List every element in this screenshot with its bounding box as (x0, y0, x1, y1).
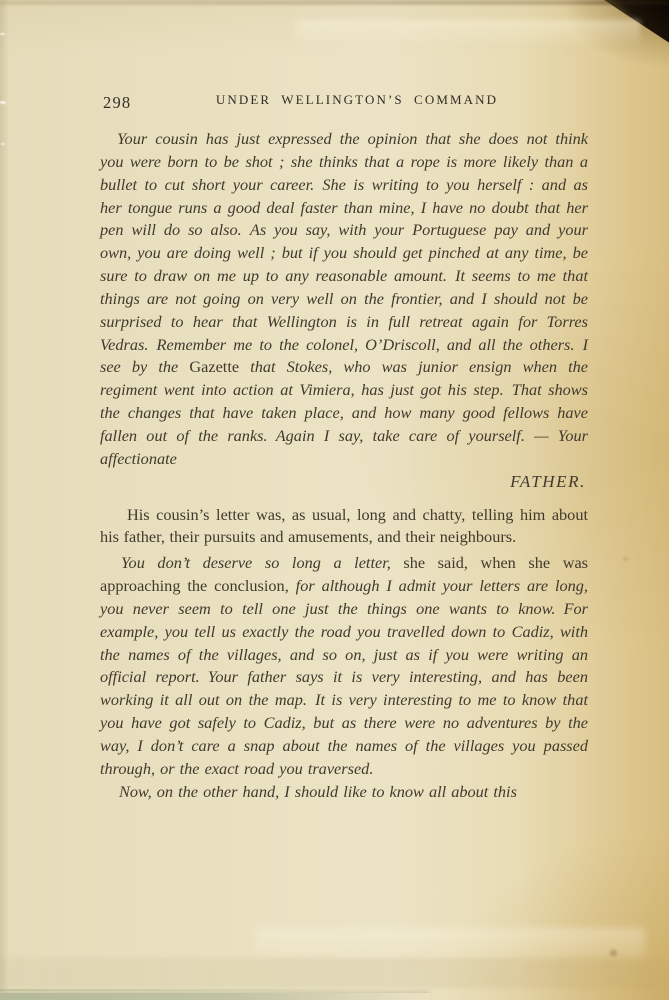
bottom-edge-line (0, 989, 390, 991)
paper-smudge (608, 948, 619, 958)
text-segment-italic: for although I admit your letters are lo… (100, 576, 588, 778)
bottom-edge-strip (0, 993, 430, 1000)
scan-light-band (255, 928, 645, 960)
top-edge-shadow (0, 0, 669, 5)
page-header: 298 UNDER WELLINGTON’S COMMAND (100, 92, 588, 112)
paper-smudge (622, 556, 629, 562)
scan-shade-band (0, 958, 669, 988)
quoted-letter-paragraph: You don’t deserve so long a letter, she … (100, 552, 588, 780)
text-segment-roman: Gazette (189, 357, 239, 376)
quoted-letter-continuation: Now, on the other hand, I should like to… (100, 781, 588, 804)
narrative-paragraph: His cousin’s letter was, as usual, long … (100, 504, 588, 550)
paper-speck (1, 143, 5, 145)
text-segment-italic: You don’t deserve so long a letter, (121, 553, 391, 572)
text-segment-italic: FATHER. (510, 472, 586, 491)
text-segment-roman: His cousin’s letter was, as usual, long … (100, 505, 588, 547)
text-segment-italic: Now, on the other hand, I should like to… (119, 782, 517, 801)
running-title: UNDER WELLINGTON’S COMMAND (100, 92, 588, 108)
book-page-scan: 298 UNDER WELLINGTON’S COMMAND Your cous… (0, 0, 669, 1000)
left-edge-shadow (0, 0, 9, 1000)
text-segment-italic: Your cousin has just expressed the opini… (100, 129, 588, 376)
letter-body-paragraph: Your cousin has just expressed the opini… (100, 128, 588, 471)
page-number: 298 (103, 93, 131, 113)
scan-light-band (295, 20, 640, 48)
letter-signature: FATHER. (100, 471, 586, 494)
page-content: 298 UNDER WELLINGTON’S COMMAND Your cous… (100, 92, 588, 803)
paper-speck (0, 101, 6, 104)
page-body: Your cousin has just expressed the opini… (100, 128, 588, 803)
paper-speck (0, 33, 5, 35)
